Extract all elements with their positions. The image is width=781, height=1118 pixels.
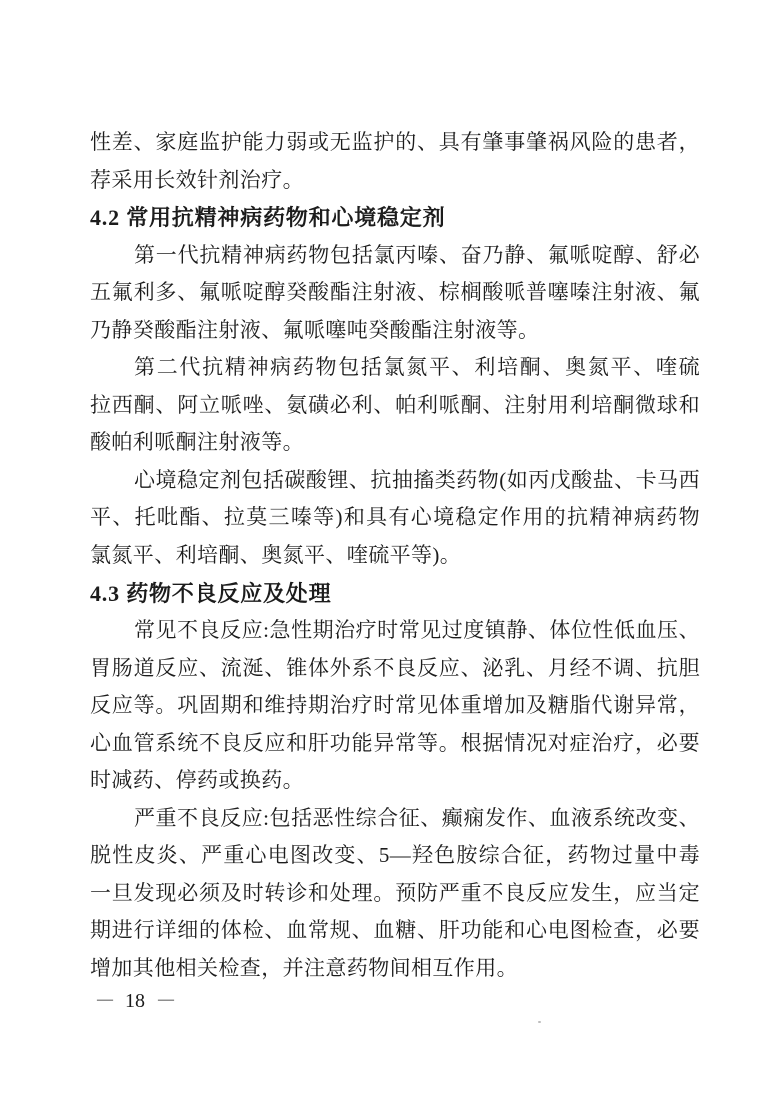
text-line: 拉西酮、阿立哌唑、氨磺必利、帕利哌酮、注射用利培酮微球和棕榈	[90, 387, 700, 425]
section-heading: 4.2 常用抗精神病药物和心境稳定剂	[90, 199, 700, 237]
text-line: 时减药、停药或换药。	[90, 762, 700, 800]
text-line: 平、托吡酯、拉莫三嗪等)和具有心境稳定作用的抗精神病药物(如	[90, 499, 700, 537]
text-line: 心境稳定剂包括碳酸锂、抗抽搐类药物(如丙戊酸盐、卡马西	[90, 462, 700, 500]
text-line: 期进行详细的体检、血常规、血糖、肝功能和心电图检查，必要时可	[90, 912, 700, 950]
text-line: 一旦发现必须及时转诊和处理。预防严重不良反应发生，应当定	[90, 875, 700, 913]
text-line: 心血管系统不良反应和肝功能异常等。根据情况对症治疗，必要	[90, 725, 700, 763]
text-line: 性差、家庭监护能力弱或无监护的、具有肇事肇祸风险的患者，推	[90, 124, 700, 162]
text-line: 五氟利多、氟哌啶醇癸酸酯注射液、棕榈酸哌普噻嗪注射液、氟奋	[90, 274, 700, 312]
section-heading: 4.3 药物不良反应及处理	[90, 575, 700, 613]
text-line: 第二代抗精神病药物包括氯氮平、利培酮、奥氮平、喹硫平、齐	[90, 349, 700, 387]
text-line: 氯氮平、利培酮、奥氮平、喹硫平等)。	[90, 537, 700, 575]
document-page: 性差、家庭监护能力弱或无监护的、具有肇事肇祸风险的患者，推荐采用长效针剂治疗。4…	[0, 0, 781, 1118]
page-footer: — 18 —	[97, 989, 173, 1013]
scan-speck	[538, 1021, 541, 1023]
document-body: 性差、家庭监护能力弱或无监护的、具有肇事肇祸风险的患者，推荐采用长效针剂治疗。4…	[90, 124, 700, 988]
text-line: 常见不良反应:急性期治疗时常见过度镇静、体位性低血压、	[90, 612, 700, 650]
footer-right-dash: —	[158, 991, 173, 1009]
text-line: 酸帕利哌酮注射液等。	[90, 424, 700, 462]
text-line: 脱性皮炎、严重心电图改变、5—羟色胺综合征，药物过量中毒等。	[90, 837, 700, 875]
page-number: 18	[125, 990, 145, 1013]
text-line: 荐采用长效针剂治疗。	[90, 162, 700, 200]
text-line: 增加其他相关检查，并注意药物间相互作用。	[90, 950, 700, 988]
text-line: 第一代抗精神病药物包括氯丙嗪、奋乃静、氟哌啶醇、舒必利、	[90, 237, 700, 275]
text-line: 严重不良反应:包括恶性综合征、癫痫发作、血液系统改变、剥	[90, 800, 700, 838]
text-line: 胃肠道反应、流涎、锥体外系不良反应、泌乳、月经不调、抗胆碱能	[90, 650, 700, 688]
text-line: 反应等。巩固期和维持期治疗时常见体重增加及糖脂代谢异常，	[90, 687, 700, 725]
footer-left-dash: —	[97, 991, 112, 1009]
text-line: 乃静癸酸酯注射液、氟哌噻吨癸酸酯注射液等。	[90, 312, 700, 350]
